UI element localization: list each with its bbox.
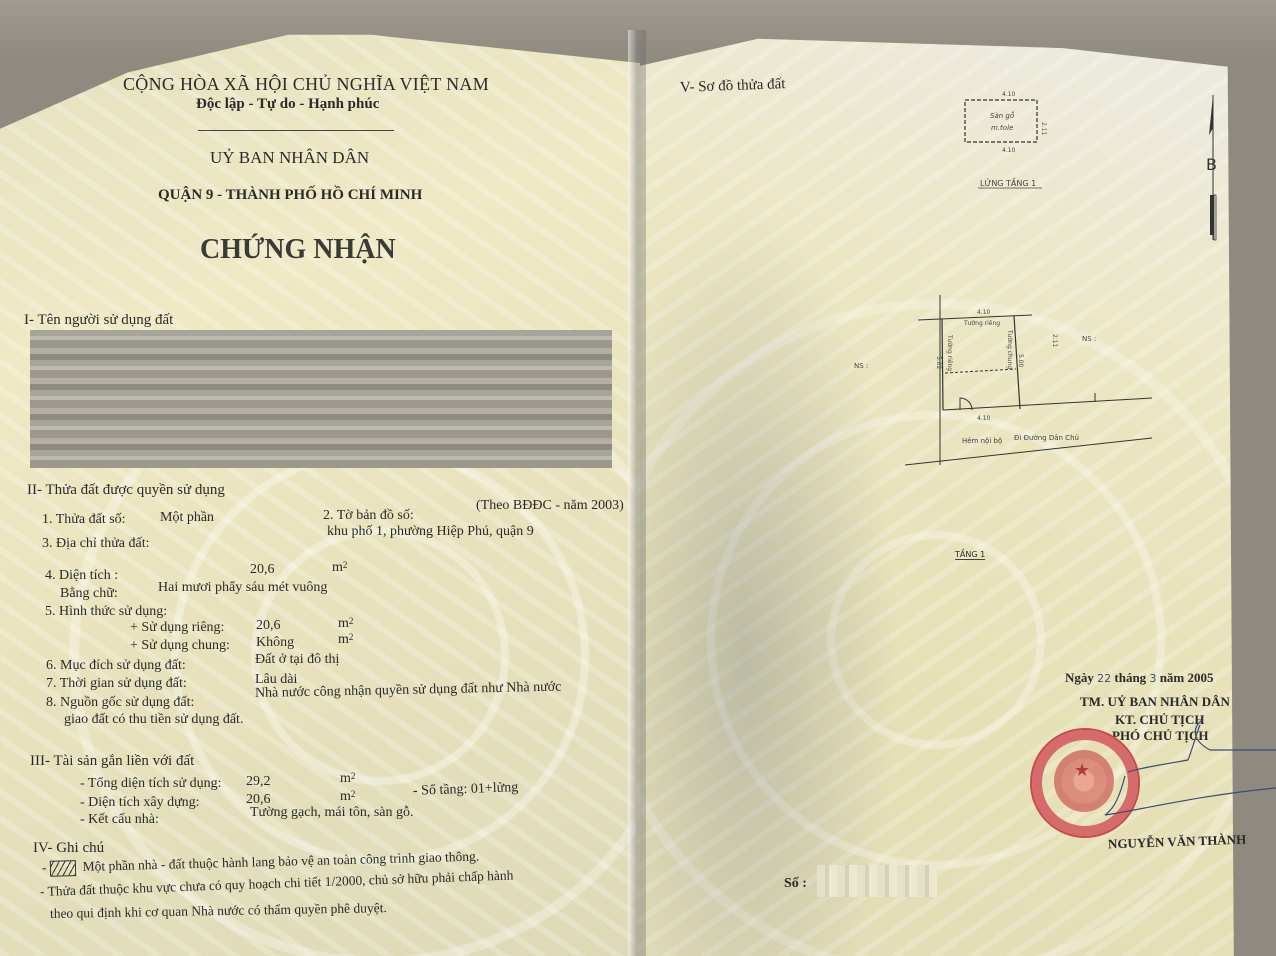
gf-dim-top: 4.10 bbox=[977, 309, 991, 316]
section-3-heading: III- Tài sản gắn liền với đất bbox=[30, 753, 194, 770]
official-seal-icon: ★ bbox=[1030, 728, 1140, 838]
unit-exponent: 2 bbox=[351, 789, 356, 799]
gf-ns-right: NS : bbox=[1082, 335, 1096, 343]
hatched-area-legend-icon bbox=[50, 860, 76, 877]
certificate-title: CHỨNG NHẬN bbox=[200, 234, 396, 266]
area-words-label: Bằng chữ: bbox=[60, 586, 118, 602]
national-motto: Độc lập - Tự do - Hạnh phúc bbox=[196, 96, 379, 113]
gf-dim-right: 5.00 bbox=[1017, 354, 1024, 368]
duration-label: 7. Thời gian sử dụng đất: bbox=[46, 676, 187, 692]
gf-alley-label: Hẻm nội bộ bbox=[962, 437, 1002, 445]
unit-text: m bbox=[332, 560, 343, 575]
owner-info-redacted bbox=[30, 330, 612, 468]
unit-exponent: 2 bbox=[349, 616, 354, 626]
section-1-heading: I- Tên người sử dụng đất bbox=[24, 312, 173, 329]
signatory-role-2: PHÓ CHỦ TỊCH bbox=[1112, 728, 1209, 744]
address-value: khu phố 1, phường Hiệp Phú, quận 9 bbox=[327, 524, 534, 540]
unit-text: m bbox=[340, 771, 351, 786]
unit-text: m bbox=[338, 632, 349, 647]
section-4-heading: IV- Ghi chú bbox=[33, 840, 104, 857]
unit-exponent: 2 bbox=[351, 771, 356, 781]
date-day: 22 bbox=[1097, 672, 1111, 685]
country-name: CỘNG HÒA XÃ HỘI CHỦ NGHĨA VIỆT NAM bbox=[123, 74, 489, 95]
mezz-dim-side: 2.11 bbox=[1040, 122, 1047, 136]
gf-dim-outer: 2.11 bbox=[1051, 334, 1058, 348]
gf-dim-left: 5.02 bbox=[935, 356, 942, 370]
gf-road-label: Đi Đường Dân Chủ bbox=[1014, 434, 1079, 442]
build-area-label: - Diện tích xây dựng: bbox=[80, 795, 200, 811]
gf-wall-top: Tường riêng bbox=[963, 320, 1000, 327]
shared-use-label: + Sử dụng chung: bbox=[130, 638, 230, 654]
mezz-dim-top: 4.10 bbox=[1002, 91, 1016, 98]
area-words-value: Hai mươi phẩy sáu mét vuông bbox=[158, 580, 327, 596]
usage-form-label: 5. Hình thức sử dụng: bbox=[45, 604, 167, 620]
total-area-label: - Tổng diện tích sử dụng: bbox=[80, 776, 221, 792]
private-use-unit: m2 bbox=[338, 616, 353, 632]
seal-star-icon: ★ bbox=[1074, 760, 1090, 781]
unit-exponent: 2 bbox=[343, 560, 348, 570]
origin-value-line2: giao đất có thu tiền sử dụng đất. bbox=[64, 712, 243, 728]
mezz-room-text-2: m.tole bbox=[991, 124, 1013, 132]
district-name: QUẬN 9 - THÀNH PHỐ HỒ CHÍ MINH bbox=[158, 187, 422, 204]
purpose-value: Đất ở tại đô thị bbox=[255, 652, 339, 668]
gf-wall-right: Tường chung bbox=[1006, 329, 1013, 369]
book-spine bbox=[628, 30, 646, 956]
authority-name: UỶ BAN NHÂN DÂN bbox=[210, 148, 369, 168]
private-use-label: + Sử dụng riêng: bbox=[130, 620, 224, 636]
motto-underline bbox=[198, 130, 394, 131]
shared-use-unit: m2 bbox=[338, 632, 353, 648]
private-use-value: 20,6 bbox=[256, 618, 281, 634]
map-sheet-value: (Theo BĐĐC - năm 2003) bbox=[476, 498, 624, 514]
unit-text: m bbox=[338, 616, 349, 631]
mezz-label: LỬNG TẦNG 1 bbox=[980, 176, 1036, 188]
date-prefix: Ngày bbox=[1065, 670, 1094, 685]
total-area-value: 29,2 bbox=[246, 774, 271, 790]
date-month: 3 bbox=[1149, 672, 1156, 685]
issue-date: Ngày 22 tháng 3 năm 2005 bbox=[1065, 670, 1214, 686]
gf-ns-left: NS : bbox=[854, 362, 868, 370]
plot-number-value: Một phần bbox=[160, 510, 214, 526]
gf-dim-bottom: 4.10 bbox=[977, 415, 991, 422]
build-area-unit: m2 bbox=[340, 789, 355, 805]
serial-number-redacted bbox=[817, 865, 937, 897]
area-label: 4. Diện tích : bbox=[45, 568, 118, 584]
ground-floor-label: TẦNG 1 bbox=[955, 550, 985, 560]
date-year: năm 2005 bbox=[1160, 670, 1214, 685]
unit-exponent: 2 bbox=[349, 632, 354, 642]
map-sheet-label: 2. Tờ bản đồ số: bbox=[323, 508, 414, 524]
mezzanine-diagram: 4.10 Sàn gỗ m.tole 4.10 2.11 LỬNG TẦNG 1 bbox=[950, 88, 1070, 198]
area-value: 20,6 bbox=[250, 562, 275, 578]
area-unit: m2 bbox=[332, 560, 347, 576]
shared-use-value: Không bbox=[256, 635, 294, 651]
structure-label: - Kết cấu nhà: bbox=[80, 812, 159, 828]
ground-floor-diagram: 4.10 Tường riêng Tường riêng Tường chung… bbox=[840, 290, 1180, 490]
serial-label: Số : bbox=[784, 876, 807, 892]
origin-label: 8. Nguồn gốc sử dụng đất: bbox=[46, 695, 194, 711]
structure-value: Tường gạch, mái tôn, sàn gỗ. bbox=[250, 805, 414, 821]
unit-text: m bbox=[340, 789, 351, 804]
section-2-heading: II- Thửa đất được quyền sử dụng bbox=[27, 482, 225, 499]
north-arrow-icon: B bbox=[1200, 90, 1230, 250]
signatory-org: TM. UỶ BAN NHÂN DÂN bbox=[1080, 694, 1230, 710]
date-month-label: tháng bbox=[1114, 670, 1146, 685]
signatory-role-1: KT. CHỦ TỊCH bbox=[1115, 712, 1204, 728]
plot-number-label: 1. Thửa đất số: bbox=[42, 512, 126, 528]
north-label: B bbox=[1206, 155, 1217, 174]
total-area-unit: m2 bbox=[340, 771, 355, 787]
mezz-room-text-1: Sàn gỗ bbox=[990, 111, 1015, 120]
mezz-dim-bottom: 4.10 bbox=[1002, 147, 1016, 154]
address-label: 3. Địa chỉ thửa đất: bbox=[42, 536, 150, 552]
purpose-label: 6. Mục đích sử dụng đất: bbox=[46, 658, 186, 674]
gf-wall-left: Tường riêng bbox=[946, 334, 953, 371]
